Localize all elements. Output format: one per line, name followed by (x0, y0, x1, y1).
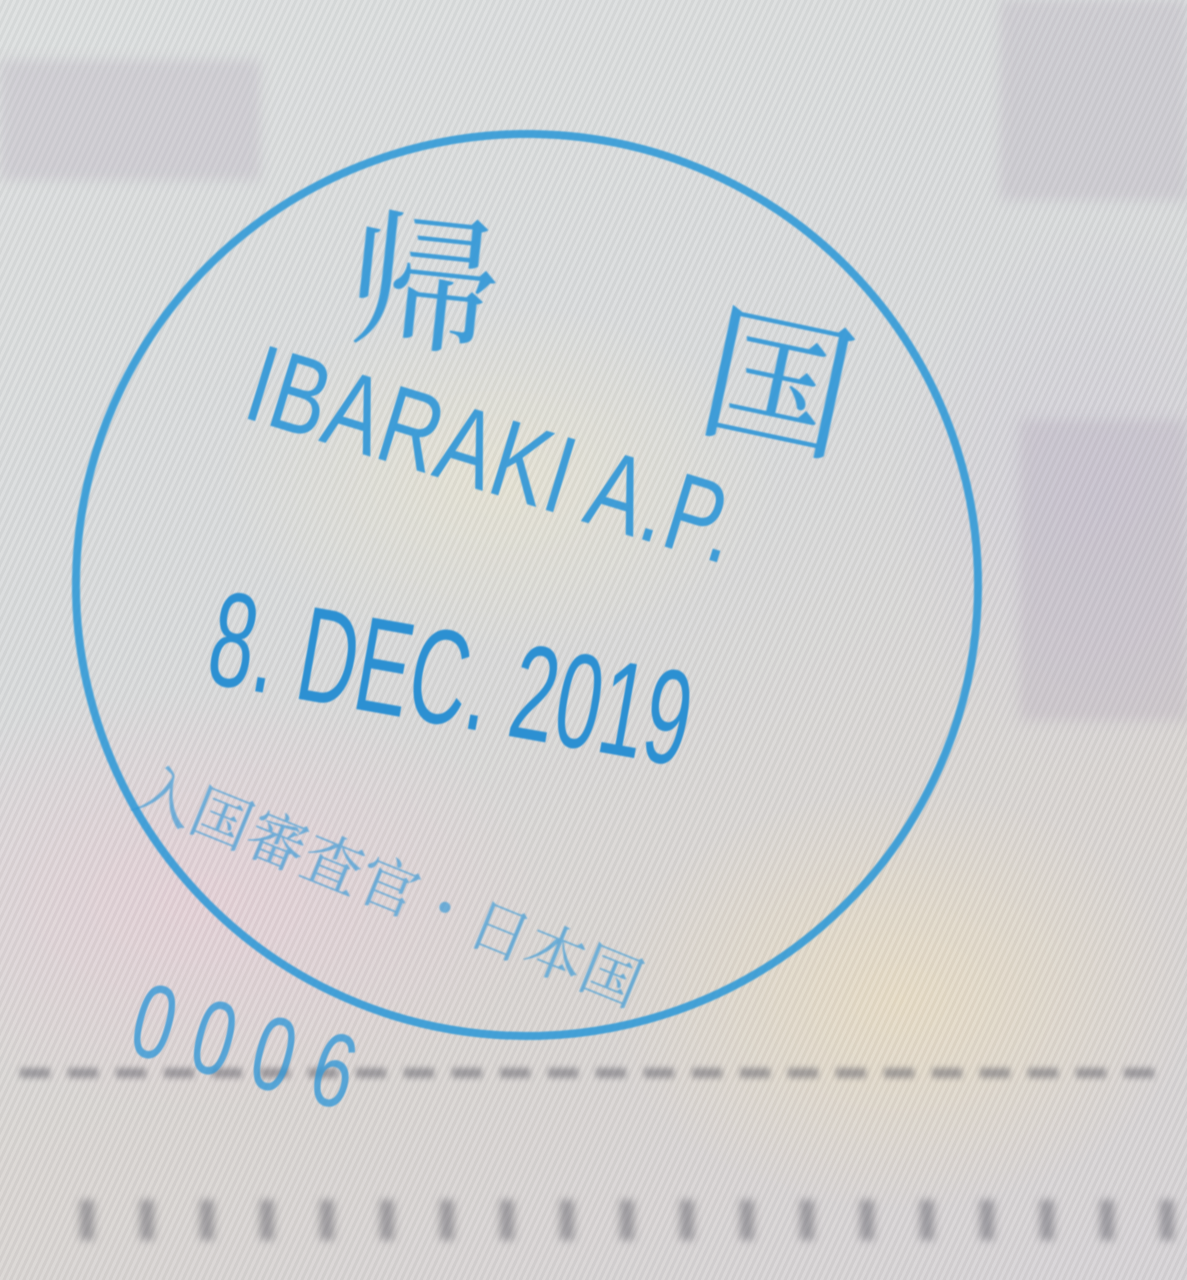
background-pattern (0, 60, 260, 180)
background-pattern (1020, 420, 1187, 720)
printed-text-row (80, 1200, 1180, 1240)
background-pattern (1000, 0, 1187, 200)
